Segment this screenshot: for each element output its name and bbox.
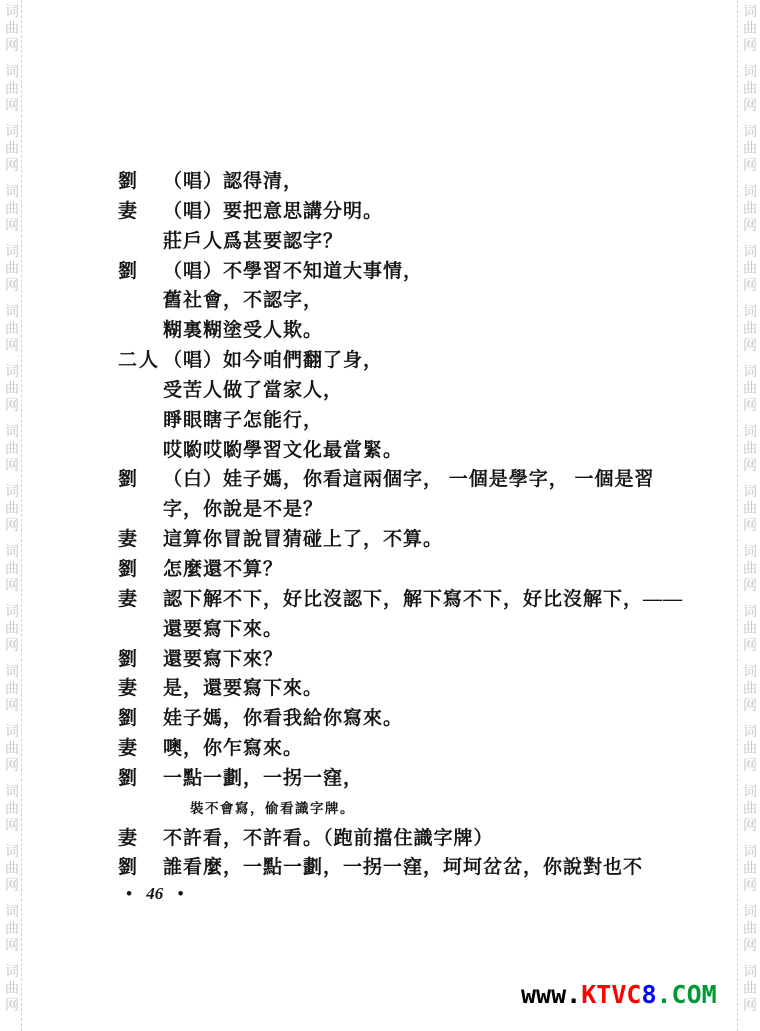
watermark-char: 网 (740, 758, 760, 775)
speaker-label: 妻 (118, 525, 163, 555)
watermark-gap (2, 955, 22, 964)
watermark-gap (2, 475, 22, 484)
watermark-gap (2, 415, 22, 424)
watermark-char: 网 (2, 758, 22, 775)
watermark-char: 词 (2, 484, 22, 501)
watermark-char: 曲 (740, 201, 760, 218)
dialogue-line: 妻是，還要寫下來。 (118, 674, 683, 704)
left-dashed-margin-line (21, 0, 22, 1031)
dialogue-line: 劉怎麼還不算？ (118, 555, 683, 585)
watermark-char: 词 (2, 64, 22, 81)
watermark-gap (2, 595, 22, 604)
watermark-char: 曲 (2, 981, 22, 998)
watermark-char: 曲 (740, 441, 760, 458)
watermark-char: 网 (740, 518, 760, 535)
site-watermark-segment: KTVC (581, 980, 641, 1009)
watermark-char: 词 (740, 544, 760, 561)
watermark-char: 词 (740, 844, 760, 861)
dialogue-line: 哎喲哎喲學習文化最當緊。 (118, 436, 683, 466)
watermark-char: 网 (2, 578, 22, 595)
watermark-char: 词 (740, 124, 760, 141)
watermark-gap (740, 715, 760, 724)
watermark-char: 词 (740, 664, 760, 681)
watermark-gap (2, 655, 22, 664)
line-text: 這算你冒說冒猜碰上了，不算。 (163, 525, 443, 555)
watermark-char: 词 (2, 124, 22, 141)
speaker-label: 劉 (118, 167, 163, 197)
watermark-gap (2, 55, 22, 64)
left-watermark-column: 词曲网词曲网词曲网词曲网词曲网词曲网词曲网词曲网词曲网词曲网词曲网词曲网词曲网词… (2, 4, 22, 1024)
speaker-label: 妻 (118, 197, 163, 227)
watermark-char: 曲 (740, 741, 760, 758)
watermark-gap (740, 415, 760, 424)
watermark-char: 曲 (2, 141, 22, 158)
watermark-char: 网 (2, 518, 22, 535)
speaker-label: 妻 (118, 824, 163, 854)
dialogue-line: 字，你說是不是？ (118, 495, 683, 525)
line-text: 裝不會寫，偷看識字牌。 (163, 794, 355, 824)
watermark-gap (740, 55, 760, 64)
watermark-char: 曲 (740, 21, 760, 38)
watermark-char: 词 (2, 664, 22, 681)
line-text: （唱）如今咱們翻了身， (163, 346, 383, 376)
speaker-label: 劉 (118, 257, 163, 287)
watermark-gap (740, 655, 760, 664)
watermark-char: 网 (740, 278, 760, 295)
watermark-gap (2, 835, 22, 844)
watermark-gap (740, 475, 760, 484)
watermark-char: 曲 (740, 321, 760, 338)
watermark-gap (2, 715, 22, 724)
dialogue-line: 妻這算你冒說冒猜碰上了，不算。 (118, 525, 683, 555)
watermark-char: 曲 (740, 981, 760, 998)
watermark-gap (740, 235, 760, 244)
watermark-char: 词 (740, 364, 760, 381)
watermark-char: 网 (2, 218, 22, 235)
line-text: 是，還要寫下來。 (163, 674, 323, 704)
watermark-char: 词 (2, 604, 22, 621)
watermark-char: 词 (2, 784, 22, 801)
line-text: 哎喲哎喲學習文化最當緊。 (163, 436, 403, 466)
watermark-char: 词 (740, 784, 760, 801)
watermark-char: 曲 (740, 141, 760, 158)
watermark-char: 网 (740, 158, 760, 175)
dialogue-line: 莊戶人爲甚要認字？ (118, 227, 683, 257)
watermark-char: 词 (740, 484, 760, 501)
watermark-char: 网 (740, 878, 760, 895)
watermark-char: 网 (2, 338, 22, 355)
watermark-char: 词 (740, 604, 760, 621)
watermark-char: 曲 (2, 501, 22, 518)
watermark-char: 曲 (2, 741, 22, 758)
dialogue-line: 劉還要寫下來？ (118, 645, 683, 675)
dialogue-line: 劉一點一劃，一拐一窪， (118, 764, 683, 794)
watermark-char: 网 (2, 38, 22, 55)
speaker-label: 妻 (118, 585, 163, 615)
dialogue-line: 糊裏糊塗受人欺。 (118, 316, 683, 346)
right-dashed-margin-line (737, 0, 738, 1031)
watermark-char: 曲 (740, 261, 760, 278)
watermark-char: 曲 (2, 921, 22, 938)
watermark-char: 曲 (2, 621, 22, 638)
dialogue-line: 睜眼瞎子怎能行， (118, 406, 683, 436)
watermark-char: 曲 (2, 381, 22, 398)
watermark-char: 词 (2, 844, 22, 861)
dialogue-line: 妻噢，你乍寫來。 (118, 734, 683, 764)
watermark-char: 网 (740, 38, 760, 55)
watermark-char: 网 (2, 398, 22, 415)
line-text: 糊裏糊塗受人欺。 (163, 316, 323, 346)
watermark-char: 词 (740, 424, 760, 441)
watermark-char: 网 (740, 698, 760, 715)
site-watermark: www.KTVC8.COM (521, 980, 717, 1009)
line-text: （唱）要把意思講分明。 (163, 197, 383, 227)
watermark-char: 网 (2, 878, 22, 895)
speaker-label: 劉 (118, 645, 163, 675)
watermark-char: 曲 (740, 861, 760, 878)
watermark-char: 网 (740, 938, 760, 955)
watermark-char: 曲 (2, 441, 22, 458)
watermark-char: 网 (740, 458, 760, 475)
line-text: （白）娃子媽，你看這兩個字， 一個是學字， 一個是習 (163, 465, 655, 495)
watermark-char: 词 (2, 904, 22, 921)
dialogue-line: 劉娃子媽，你看我給你寫來。 (118, 704, 683, 734)
right-watermark-column: 词曲网词曲网词曲网词曲网词曲网词曲网词曲网词曲网词曲网词曲网词曲网词曲网词曲网词… (740, 4, 760, 1024)
watermark-char: 词 (740, 244, 760, 261)
line-text: 字，你說是不是？ (163, 495, 323, 525)
watermark-gap (740, 1015, 760, 1024)
line-text: 舊社會，不認字， (163, 286, 323, 316)
watermark-char: 词 (740, 724, 760, 741)
watermark-char: 网 (2, 458, 22, 475)
watermark-char: 网 (2, 98, 22, 115)
watermark-char: 曲 (740, 621, 760, 638)
watermark-gap (740, 355, 760, 364)
watermark-char: 曲 (2, 561, 22, 578)
line-text: 不許看，不許看。（跑前擋住識字牌） (163, 824, 494, 854)
watermark-char: 曲 (740, 921, 760, 938)
dialogue-line: 裝不會寫，偷看識字牌。 (118, 794, 683, 824)
watermark-char: 网 (2, 278, 22, 295)
site-watermark-segment: www. (521, 980, 581, 1009)
watermark-char: 网 (740, 98, 760, 115)
speaker-label: 妻 (118, 674, 163, 704)
watermark-gap (740, 175, 760, 184)
watermark-char: 网 (2, 938, 22, 955)
watermark-char: 词 (2, 244, 22, 261)
watermark-char: 曲 (2, 861, 22, 878)
speaker-label: 劉 (118, 764, 163, 794)
watermark-char: 网 (740, 398, 760, 415)
watermark-char: 网 (740, 638, 760, 655)
watermark-char: 曲 (2, 201, 22, 218)
watermark-char: 曲 (740, 81, 760, 98)
line-text: （唱）不學習不知道大事情， (163, 257, 423, 287)
watermark-char: 词 (2, 424, 22, 441)
line-text: 莊戶人爲甚要認字？ (163, 227, 343, 257)
dialogue-line: 妻認下解不下，好比沒認下，解下寫不下，好比沒解下，—— (118, 585, 683, 615)
speaker-label: 劉 (118, 555, 163, 585)
watermark-char: 词 (2, 4, 22, 21)
speaker-label: 二人 (118, 346, 163, 376)
watermark-gap (2, 115, 22, 124)
dialogue-line: 劉（唱）認得清， (118, 167, 683, 197)
watermark-char: 词 (2, 724, 22, 741)
speaker-label: 劉 (118, 465, 163, 495)
watermark-gap (740, 895, 760, 904)
watermark-char: 网 (740, 338, 760, 355)
line-text: 還要寫下來？ (163, 645, 283, 675)
watermark-char: 曲 (740, 381, 760, 398)
watermark-char: 曲 (2, 81, 22, 98)
watermark-char: 网 (2, 158, 22, 175)
line-text: 怎麼還不算？ (163, 555, 283, 585)
watermark-char: 曲 (740, 561, 760, 578)
watermark-char: 曲 (740, 681, 760, 698)
watermark-char: 曲 (740, 801, 760, 818)
watermark-char: 词 (2, 364, 22, 381)
watermark-gap (2, 355, 22, 364)
watermark-char: 词 (2, 184, 22, 201)
watermark-gap (2, 535, 22, 544)
line-text: 認下解不下，好比沒認下，解下寫不下，好比沒解下，—— (163, 585, 683, 615)
speaker-label: 劉 (118, 853, 163, 883)
watermark-gap (740, 775, 760, 784)
watermark-char: 词 (740, 184, 760, 201)
watermark-gap (740, 115, 760, 124)
dialogue-line: 還要寫下來。 (118, 615, 683, 645)
site-watermark-segment: 8 (641, 980, 656, 1009)
dialogue-line: 舊社會，不認字， (118, 286, 683, 316)
watermark-char: 词 (740, 964, 760, 981)
line-text: 還要寫下來。 (163, 615, 283, 645)
dialogue-line: 妻（唱）要把意思講分明。 (118, 197, 683, 227)
watermark-char: 网 (740, 818, 760, 835)
watermark-gap (2, 775, 22, 784)
dialogue-line: 妻不許看，不許看。（跑前擋住識字牌） (118, 824, 683, 854)
line-text: 噢，你乍寫來。 (163, 734, 303, 764)
dialogue-line: 劉（白）娃子媽，你看這兩個字， 一個是學字， 一個是習 (118, 465, 683, 495)
watermark-gap (2, 175, 22, 184)
dialogue-line: 受苦人做了當家人， (118, 376, 683, 406)
line-text: （唱）認得清， (163, 167, 303, 197)
watermark-char: 词 (2, 964, 22, 981)
watermark-gap (2, 1015, 22, 1024)
watermark-char: 词 (740, 4, 760, 21)
watermark-gap (2, 295, 22, 304)
line-text: 娃子媽，你看我給你寫來。 (163, 704, 403, 734)
watermark-char: 曲 (2, 261, 22, 278)
dialogue-text-block: 劉（唱）認得清，妻（唱）要把意思講分明。莊戶人爲甚要認字？劉（唱）不學習不知道大… (118, 167, 683, 883)
dialogue-line: 劉誰看麼，一點一劃，一拐一窪，坷坷岔岔，你說對也不 (118, 853, 683, 883)
speaker-label: 劉 (118, 704, 163, 734)
line-text: 誰看麼，一點一劃，一拐一窪，坷坷岔岔，你說對也不 (163, 853, 643, 883)
watermark-gap (740, 295, 760, 304)
watermark-char: 网 (740, 218, 760, 235)
watermark-char: 网 (2, 638, 22, 655)
line-text: 睜眼瞎子怎能行， (163, 406, 323, 436)
dialogue-line: 二人（唱）如今咱們翻了身， (118, 346, 683, 376)
site-watermark-segment: .COM (657, 980, 717, 1009)
watermark-char: 词 (740, 304, 760, 321)
page-number: • 46 • (126, 884, 183, 904)
watermark-gap (740, 595, 760, 604)
watermark-char: 词 (2, 304, 22, 321)
watermark-gap (740, 535, 760, 544)
watermark-char: 网 (2, 818, 22, 835)
watermark-char: 词 (740, 904, 760, 921)
watermark-char: 网 (740, 998, 760, 1015)
dialogue-line: 劉（唱）不學習不知道大事情， (118, 257, 683, 287)
watermark-gap (2, 235, 22, 244)
watermark-char: 曲 (2, 21, 22, 38)
line-text: 一點一劃，一拐一窪， (163, 764, 363, 794)
watermark-char: 网 (2, 998, 22, 1015)
watermark-char: 曲 (2, 681, 22, 698)
watermark-gap (2, 895, 22, 904)
scanned-book-page: 词曲网词曲网词曲网词曲网词曲网词曲网词曲网词曲网词曲网词曲网词曲网词曲网词曲网词… (0, 0, 760, 1031)
watermark-char: 曲 (2, 801, 22, 818)
watermark-char: 网 (2, 698, 22, 715)
speaker-label: 妻 (118, 734, 163, 764)
watermark-char: 词 (2, 544, 22, 561)
watermark-char: 曲 (2, 321, 22, 338)
line-text: 受苦人做了當家人， (163, 376, 343, 406)
watermark-char: 网 (740, 578, 760, 595)
watermark-gap (740, 955, 760, 964)
watermark-gap (740, 835, 760, 844)
watermark-char: 曲 (740, 501, 760, 518)
watermark-char: 词 (740, 64, 760, 81)
